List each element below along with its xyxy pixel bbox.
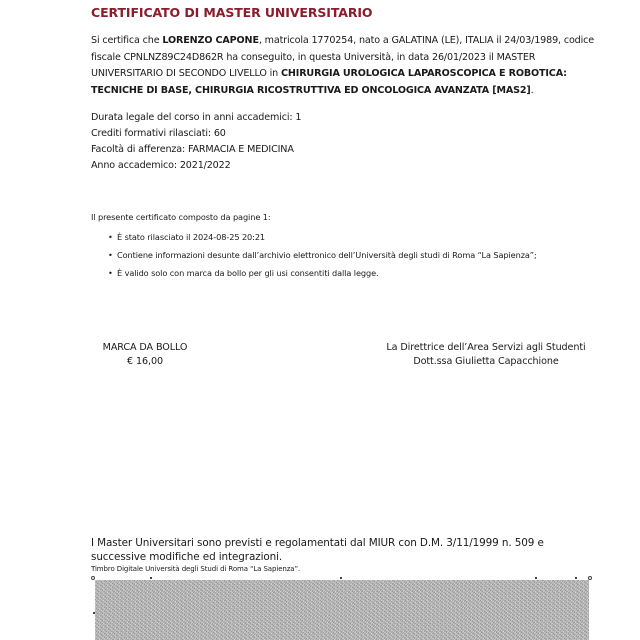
tick-marker-icon bbox=[93, 612, 95, 614]
signature-block: La Direttrice dell’Area Servizi agli Stu… bbox=[380, 341, 592, 369]
detail-academic-year: Anno accademico: 2021/2022 bbox=[91, 158, 301, 174]
tick-marker-icon bbox=[340, 577, 342, 579]
certificate-title: CERTIFICATO DI MASTER UNIVERSITARIO bbox=[91, 5, 372, 20]
bullet-icon: • bbox=[108, 246, 117, 264]
list-item: •È valido solo con marca da bollo per gl… bbox=[108, 264, 537, 282]
list-item: •È stato rilasciato il 2024-08-25 20:21 bbox=[108, 228, 537, 246]
intro-prefix: Si certifica che bbox=[91, 35, 162, 46]
revenue-stamp-block: MARCA DA BOLLO € 16,00 bbox=[94, 341, 196, 369]
corner-marker-icon bbox=[91, 576, 95, 580]
signatory-name: Dott.ssa Giulietta Capacchione bbox=[380, 355, 592, 369]
corner-marker-icon bbox=[588, 576, 592, 580]
certification-statement: Si certifica che LORENZO CAPONE, matrico… bbox=[91, 33, 601, 99]
digital-stamp-label: Timbro Digitale Università degli Studi d… bbox=[91, 565, 300, 573]
signatory-role: La Direttrice dell’Area Servizi agli Stu… bbox=[380, 341, 592, 355]
detail-duration: Durata legale del corso in anni accademi… bbox=[91, 110, 301, 126]
student-name: LORENZO CAPONE bbox=[162, 35, 258, 46]
composed-note: Il presente certificato composto da pagi… bbox=[91, 212, 271, 222]
certificate-notes-list: •È stato rilasciato il 2024-08-25 20:21 … bbox=[108, 228, 537, 282]
detail-credits: Crediti formativi rilasciati: 60 bbox=[91, 126, 301, 142]
course-details: Durata legale del corso in anni accademi… bbox=[91, 110, 301, 174]
regulation-note: I Master Universitari sono previsti e re… bbox=[91, 537, 601, 564]
bullet-icon: • bbox=[108, 264, 117, 282]
tick-marker-icon bbox=[575, 577, 577, 579]
detail-faculty: Facoltà di afferenza: FARMACIA E MEDICIN… bbox=[91, 142, 301, 158]
tick-marker-icon bbox=[535, 577, 537, 579]
revenue-stamp-label: MARCA DA BOLLO bbox=[94, 341, 196, 355]
list-item: •Contiene informazioni desunte dall’arch… bbox=[108, 246, 537, 264]
bullet-icon: • bbox=[108, 228, 117, 246]
revenue-stamp-amount: € 16,00 bbox=[94, 355, 196, 369]
tick-marker-icon bbox=[150, 577, 152, 579]
digital-stamp-barcode bbox=[95, 580, 589, 640]
intro-suffix: . bbox=[531, 85, 534, 96]
